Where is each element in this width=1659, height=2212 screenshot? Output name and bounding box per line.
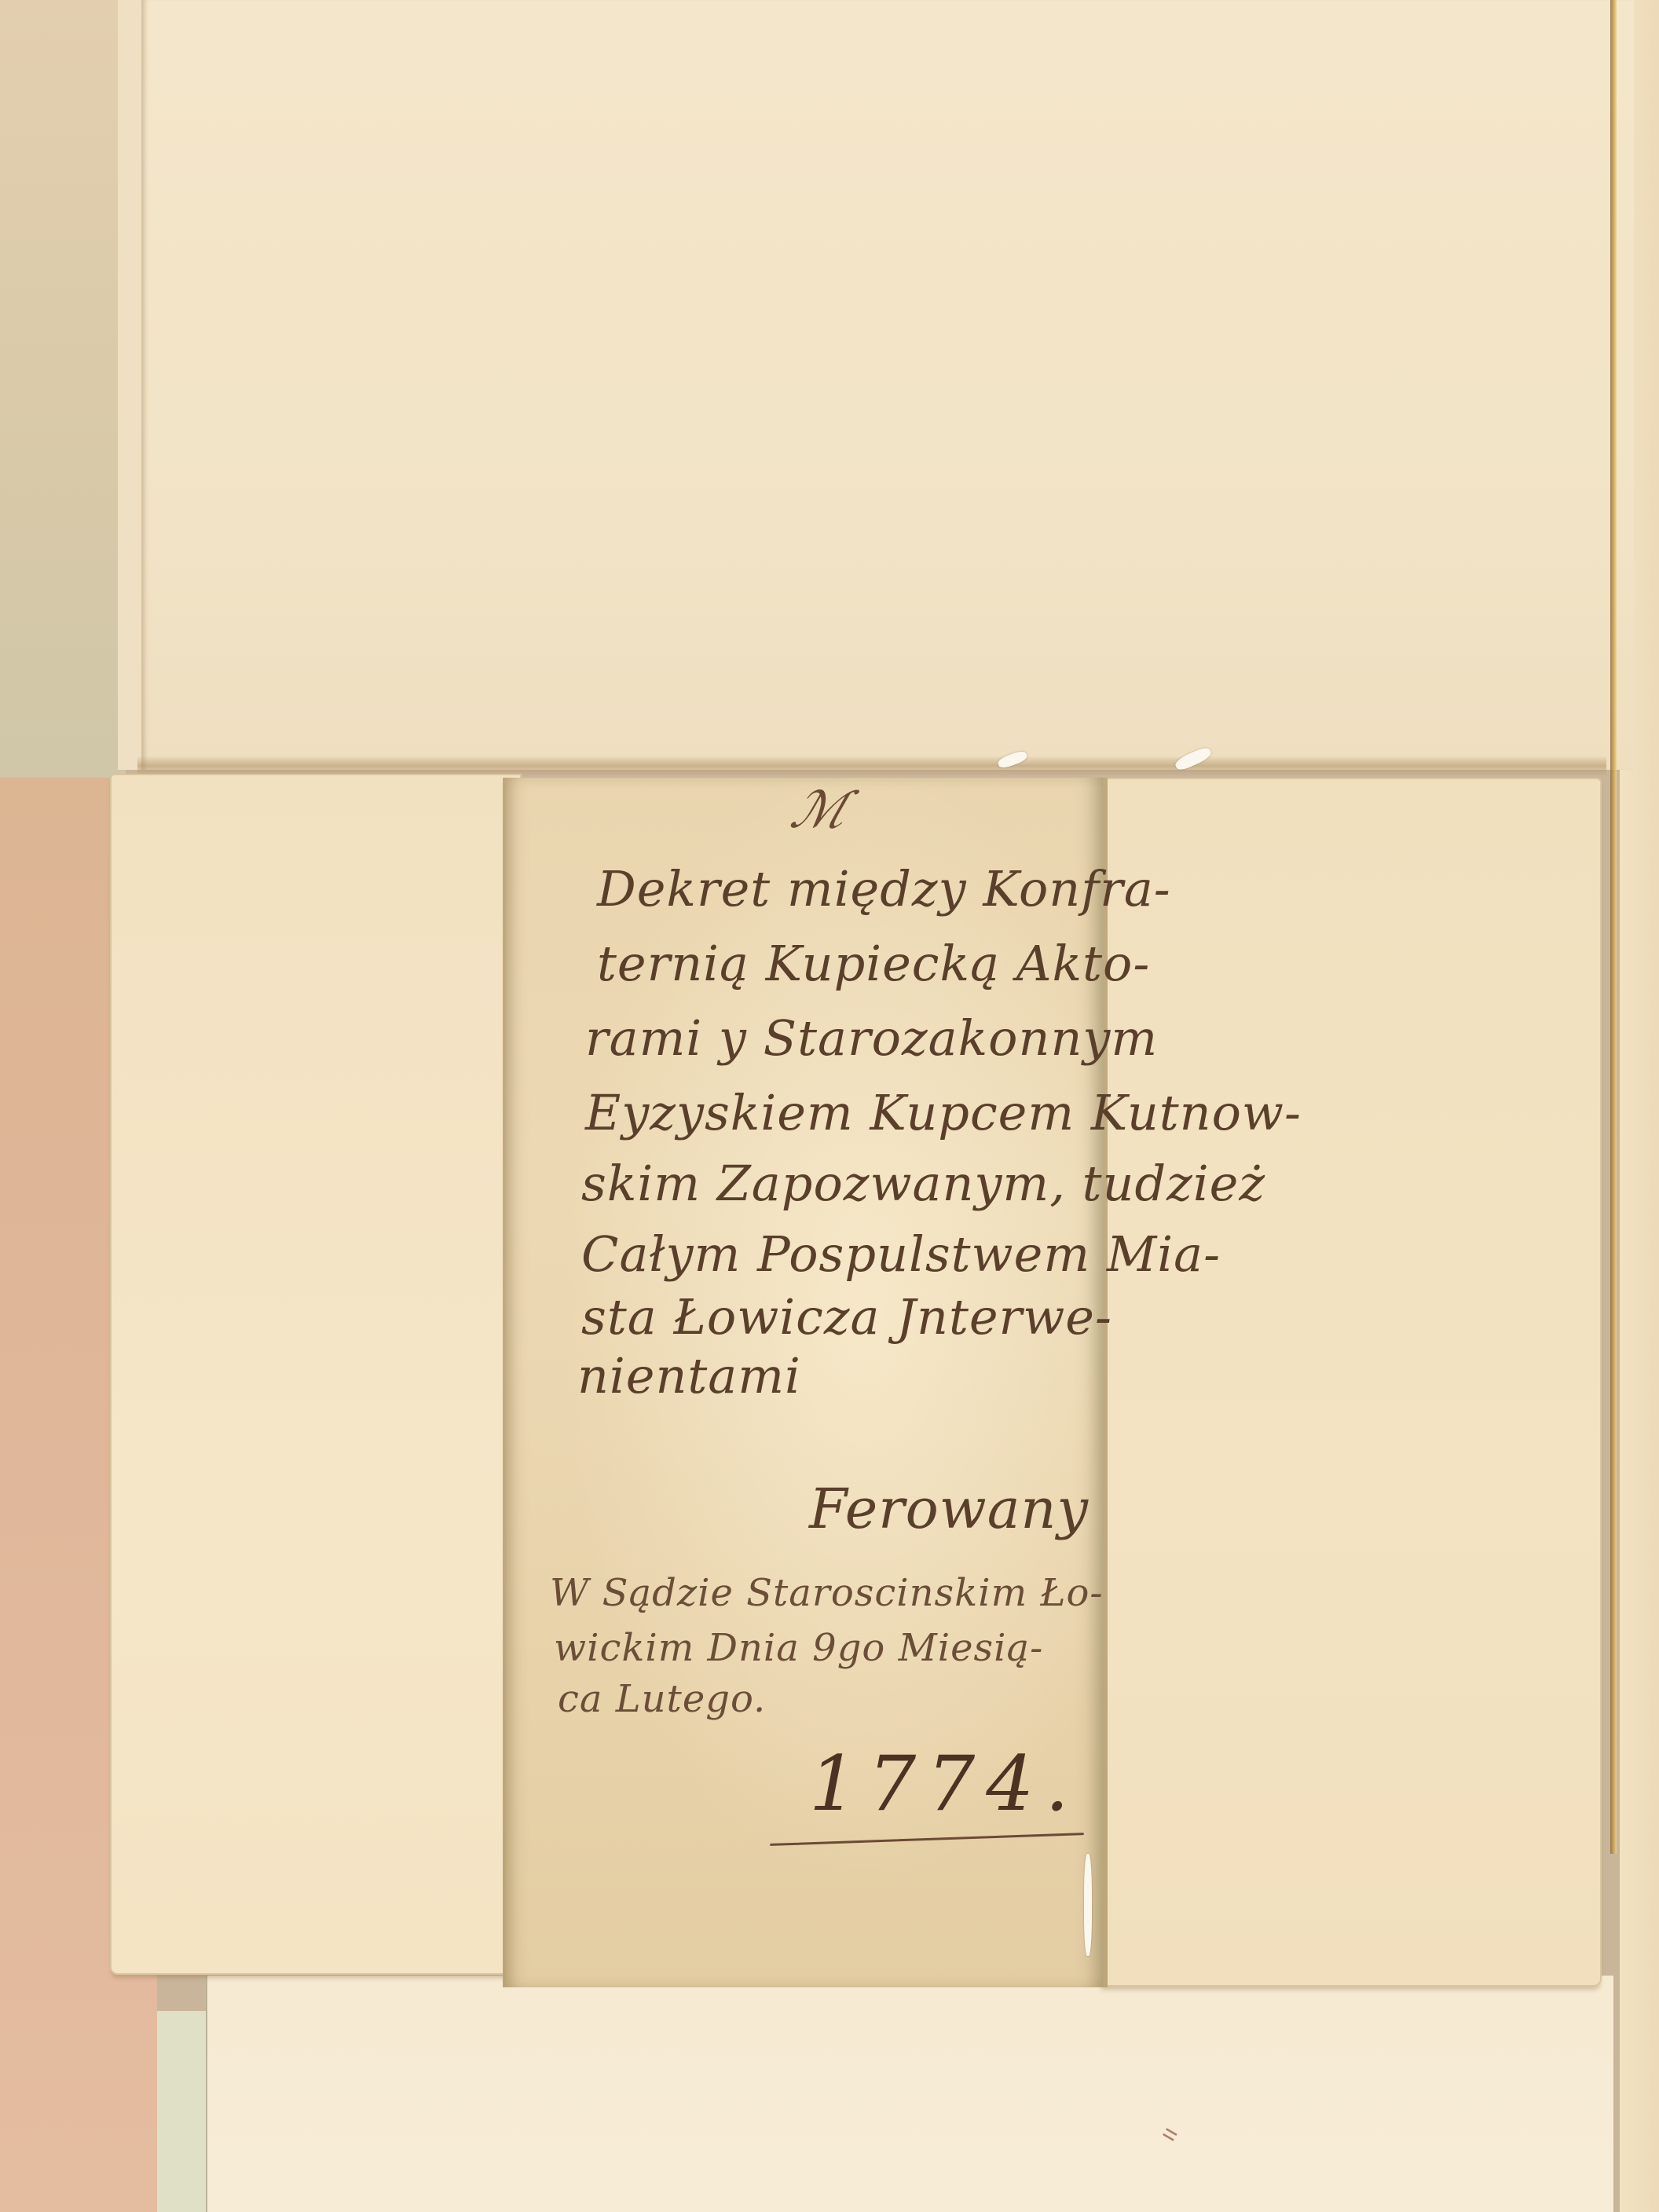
docket-line-4: Eyzyskiem Kupcem Kutnow- <box>585 1084 1302 1141</box>
docket-line-1: Dekret między Konfra- <box>597 860 1171 917</box>
docket-line-5: skim Zapozwanym, tudzież <box>581 1155 1265 1212</box>
place-date-line-3: ca Lutego. <box>558 1677 766 1721</box>
docket-line-6: Całym Pospulstwem Mia- <box>581 1225 1221 1283</box>
docket-line-2: ternią Kupiecką Akto- <box>597 935 1150 992</box>
paper-damage-fleck <box>1084 1854 1092 1956</box>
gilt-edge <box>1610 0 1617 1854</box>
signature-ferowany: Ferowany <box>809 1477 1089 1541</box>
place-date-line-1: W Sądzie Staroscinskim Ło- <box>550 1571 1104 1615</box>
docket-line-8: nientami <box>577 1347 801 1404</box>
folded-panel-left <box>110 774 522 1975</box>
paper-sheet-upper <box>118 0 1634 770</box>
backdrop-green-strip <box>157 2011 206 2212</box>
docket-line-7: sta Łowicza Jnterwe- <box>581 1288 1112 1346</box>
place-date-line-2: wickim Dnia 9go Miesią- <box>554 1626 1043 1670</box>
year: 1774. <box>809 1740 1080 1828</box>
paper-sheet-bottom <box>206 1976 1613 2212</box>
folded-panel-right <box>1100 778 1602 1987</box>
backdrop-board-upper <box>0 0 126 778</box>
docket-line-3: rami y Starozakonnym <box>585 1009 1158 1067</box>
